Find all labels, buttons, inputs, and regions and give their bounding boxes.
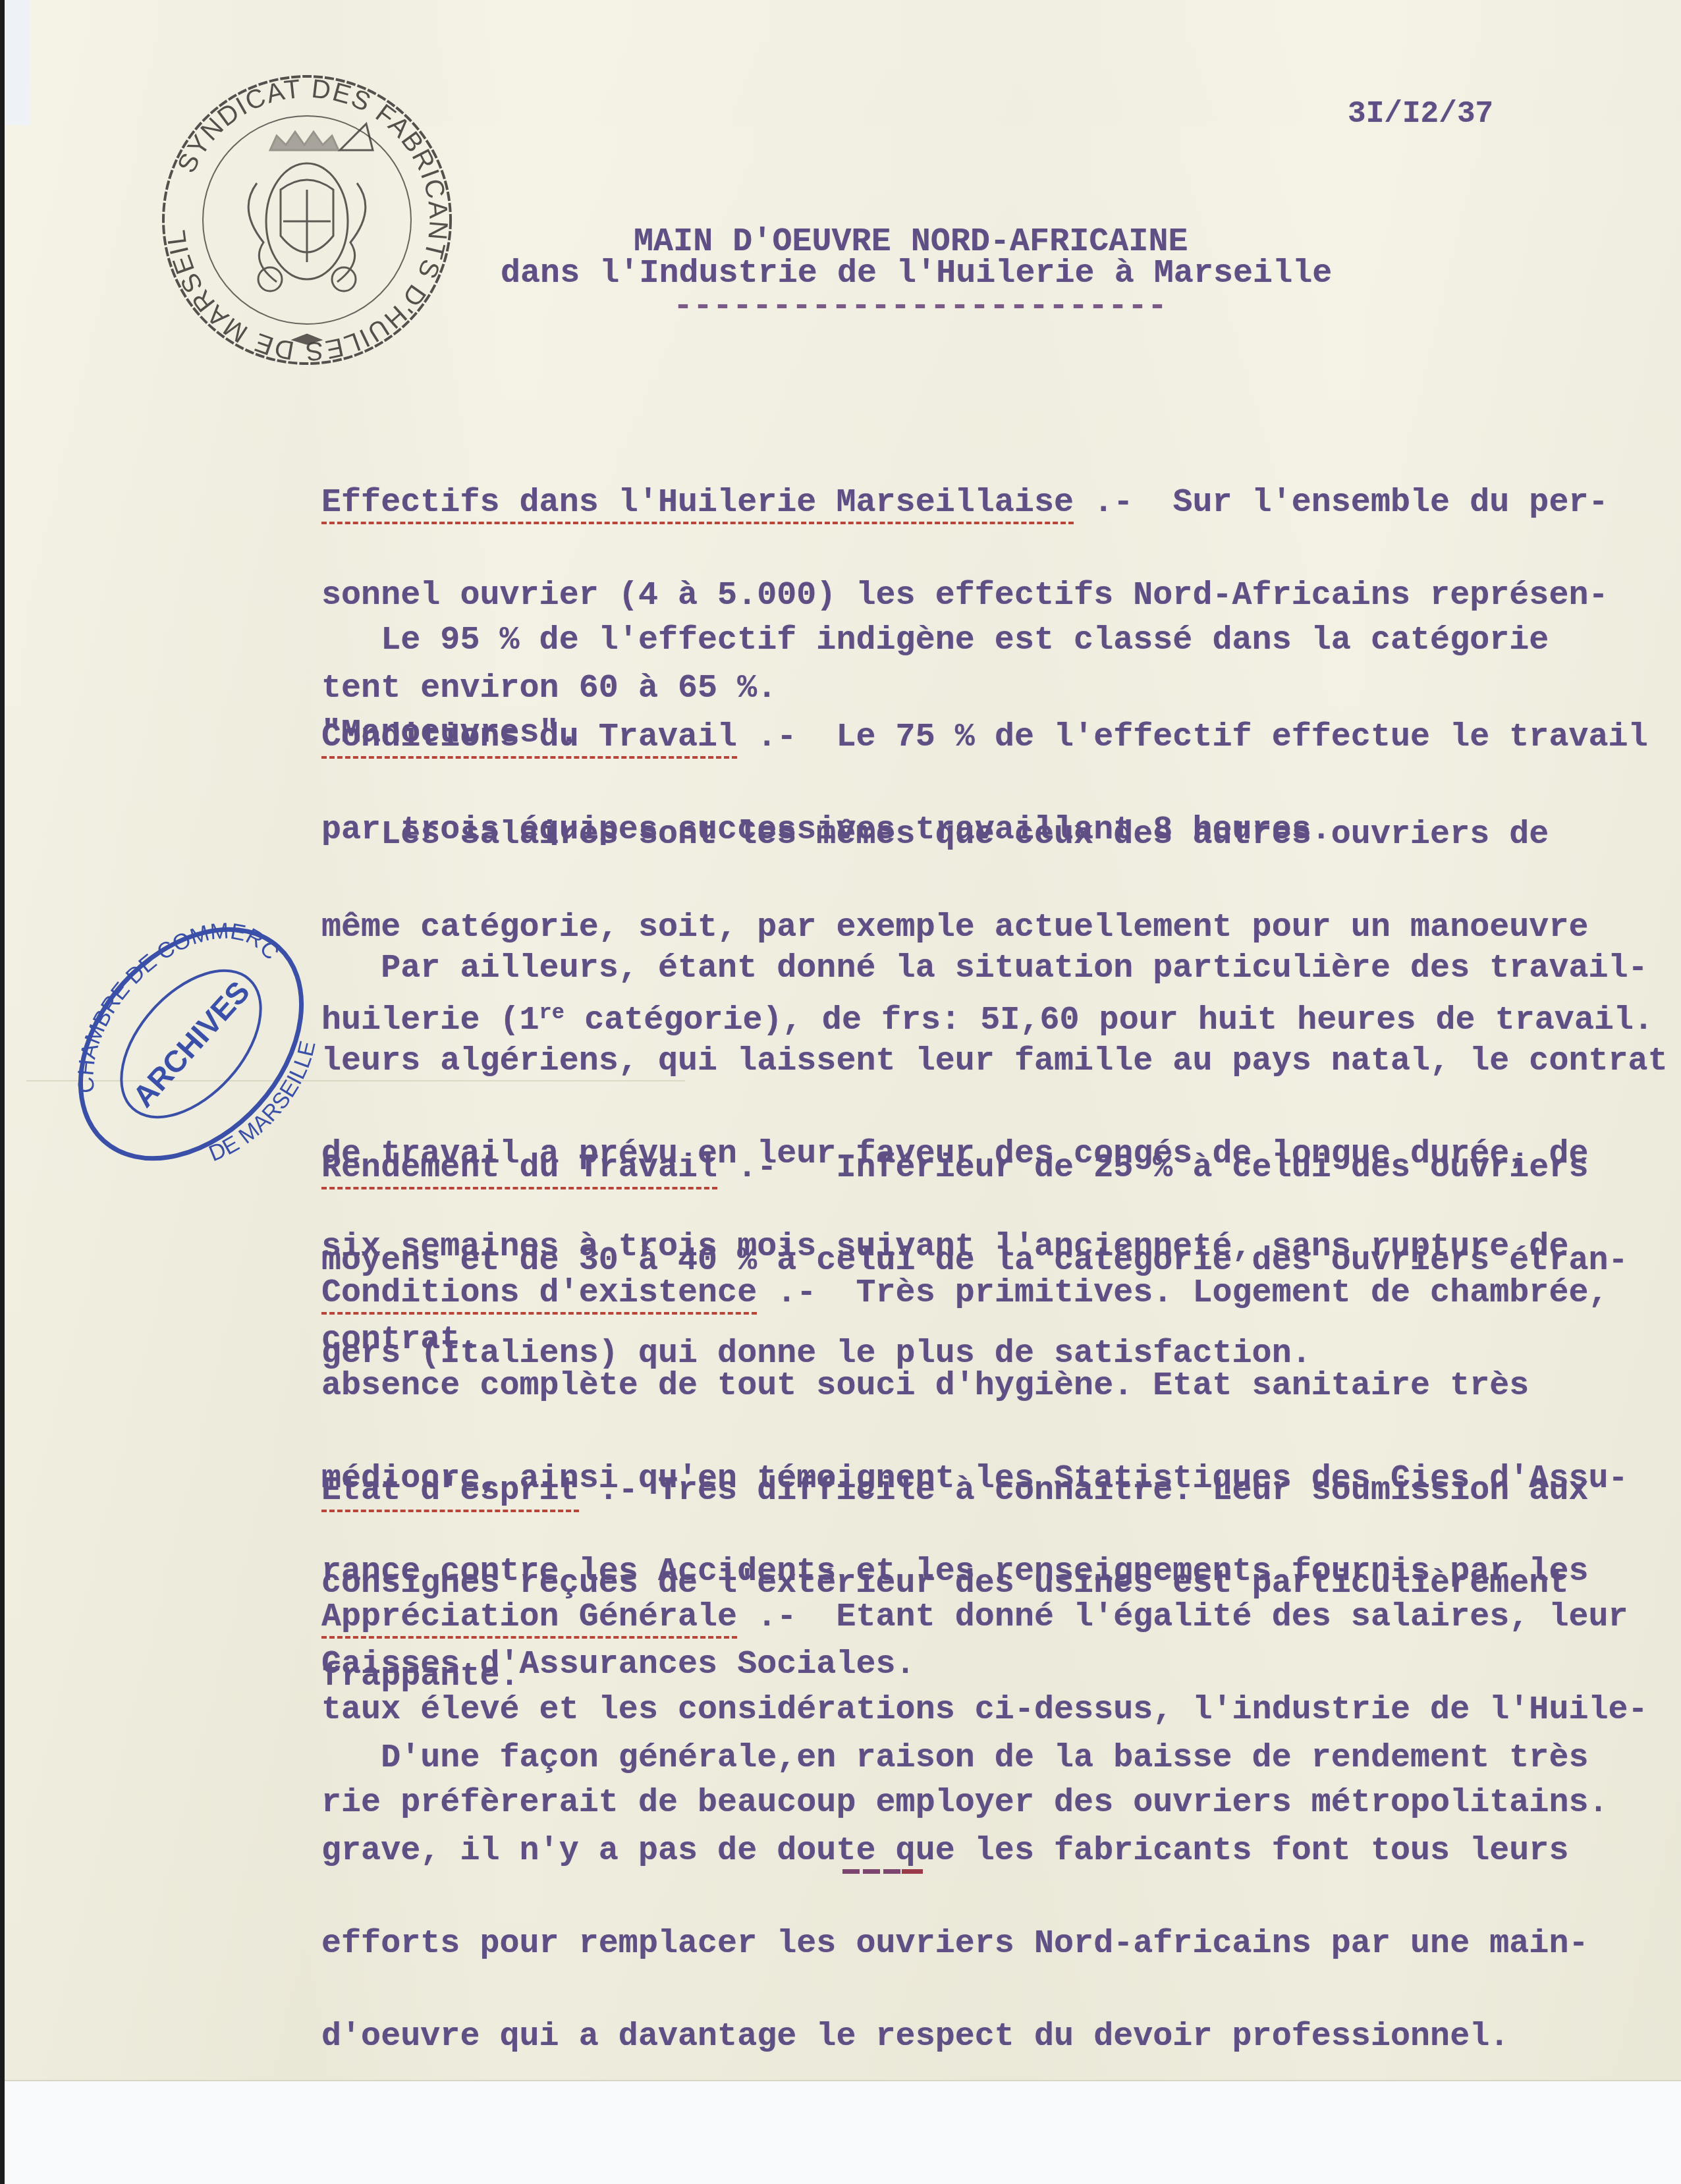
syndicat-seal-stamp: SYNDICAT DES FABRICANTS D'HUILES DE MARS… <box>158 71 456 369</box>
scanner-edge <box>0 0 5 2184</box>
title-rule: ------------------------- <box>673 291 1167 322</box>
section-heading: Conditions du Travail <box>321 719 737 759</box>
document-subtitle: dans l'Industrie de l'Huilerie à Marseil… <box>501 258 1332 289</box>
paragraph-conclusion: D'une façon générale,en raison de la bai… <box>321 1681 1589 2083</box>
section-heading: Conditions d'existence <box>321 1274 757 1315</box>
section-heading: Appréciation Générale <box>321 1598 737 1639</box>
section-heading: Effectifs dans l'Huilerie Marseillaise <box>321 484 1074 524</box>
closing-rule <box>842 1869 923 1874</box>
section-heading: Etat d'esprit <box>321 1472 579 1512</box>
scanner-bed <box>5 0 30 125</box>
section-heading: Rendement du Travail <box>321 1149 717 1189</box>
archives-label: ARCHIVES <box>126 974 256 1113</box>
coat-of-arms-icon <box>248 124 373 344</box>
archives-stamp: ARCHIVES CHAMBRE DE COMMERCE DE MARSEILL… <box>53 906 329 1182</box>
document-title: MAIN D'OEUVRE NORD-AFRICAINE <box>634 227 1188 258</box>
document-date: 3I/I2/37 <box>1348 99 1493 130</box>
